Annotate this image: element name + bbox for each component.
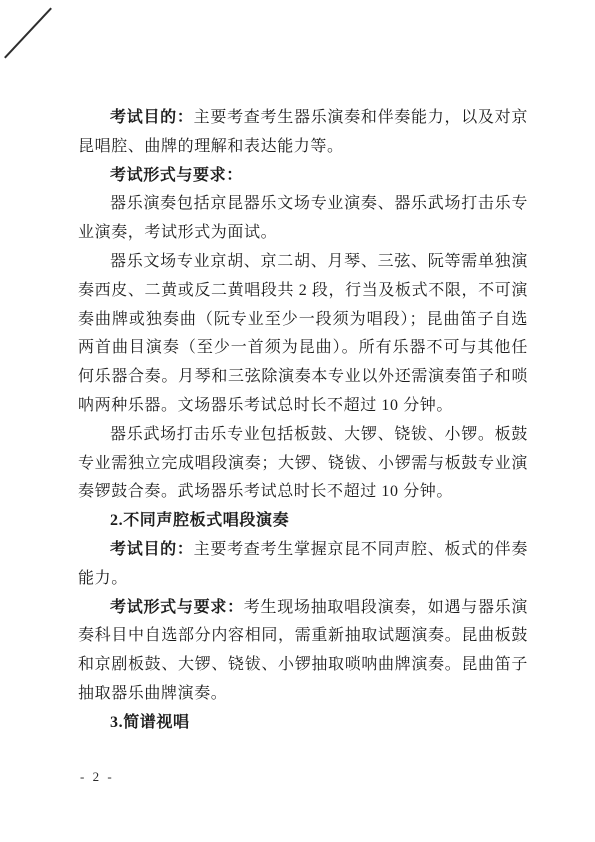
paragraph-label: 2.不同声腔板式唱段演奏 [110,512,289,529]
paragraph: 考试形式与要求：考生现场抽取唱段演奏，如遇与器乐演奏科目中自选部分内容相同，需重… [78,594,528,709]
paragraph-label: 考试形式与要求： [110,167,243,184]
paragraph-text: 器乐文场专业京胡、京二胡、月琴、三弦、阮等需单独演奏西皮、二黄或反二黄唱段共 2… [78,253,528,414]
paragraph-label: 考试形式与要求： [110,599,244,616]
paragraph: 器乐演奏包括京昆器乐文场专业演奏、器乐武场打击乐专业演奏，考试形式为面试。 [78,190,528,248]
section-heading: 3.简谱视唱 [78,709,528,738]
paragraph-label: 考试目的： [110,541,194,558]
paragraph: 器乐武场打击乐专业包括板鼓、大锣、铙钹、小锣。板鼓专业需独立完成唱段演奏；大锣、… [78,421,528,507]
paragraph-label: 考试目的： [110,109,194,126]
paragraph: 考试目的：主要考查考生掌握京昆不同声腔、板式的伴奏能力。 [78,536,528,594]
paragraph: 考试形式与要求： [78,162,528,191]
section-heading: 2.不同声腔板式唱段演奏 [78,507,528,536]
page-number: - 2 - [80,769,114,785]
document-body: 考试目的：主要考查考生器乐演奏和伴奏能力，以及对京昆唱腔、曲牌的理解和表达能力等… [78,104,528,738]
paragraph: 考试目的：主要考查考生器乐演奏和伴奏能力，以及对京昆唱腔、曲牌的理解和表达能力等… [78,104,528,162]
document-page: 考试目的：主要考查考生器乐演奏和伴奏能力，以及对京昆唱腔、曲牌的理解和表达能力等… [0,0,595,842]
scan-crease-mark [4,7,52,58]
paragraph: 器乐文场专业京胡、京二胡、月琴、三弦、阮等需单独演奏西皮、二黄或反二黄唱段共 2… [78,248,528,421]
paragraph-text: 器乐武场打击乐专业包括板鼓、大锣、铙钹、小锣。板鼓专业需独立完成唱段演奏；大锣、… [78,426,528,501]
paragraph-label: 3.简谱视唱 [110,714,190,731]
paragraph-text: 器乐演奏包括京昆器乐文场专业演奏、器乐武场打击乐专业演奏，考试形式为面试。 [78,195,528,241]
